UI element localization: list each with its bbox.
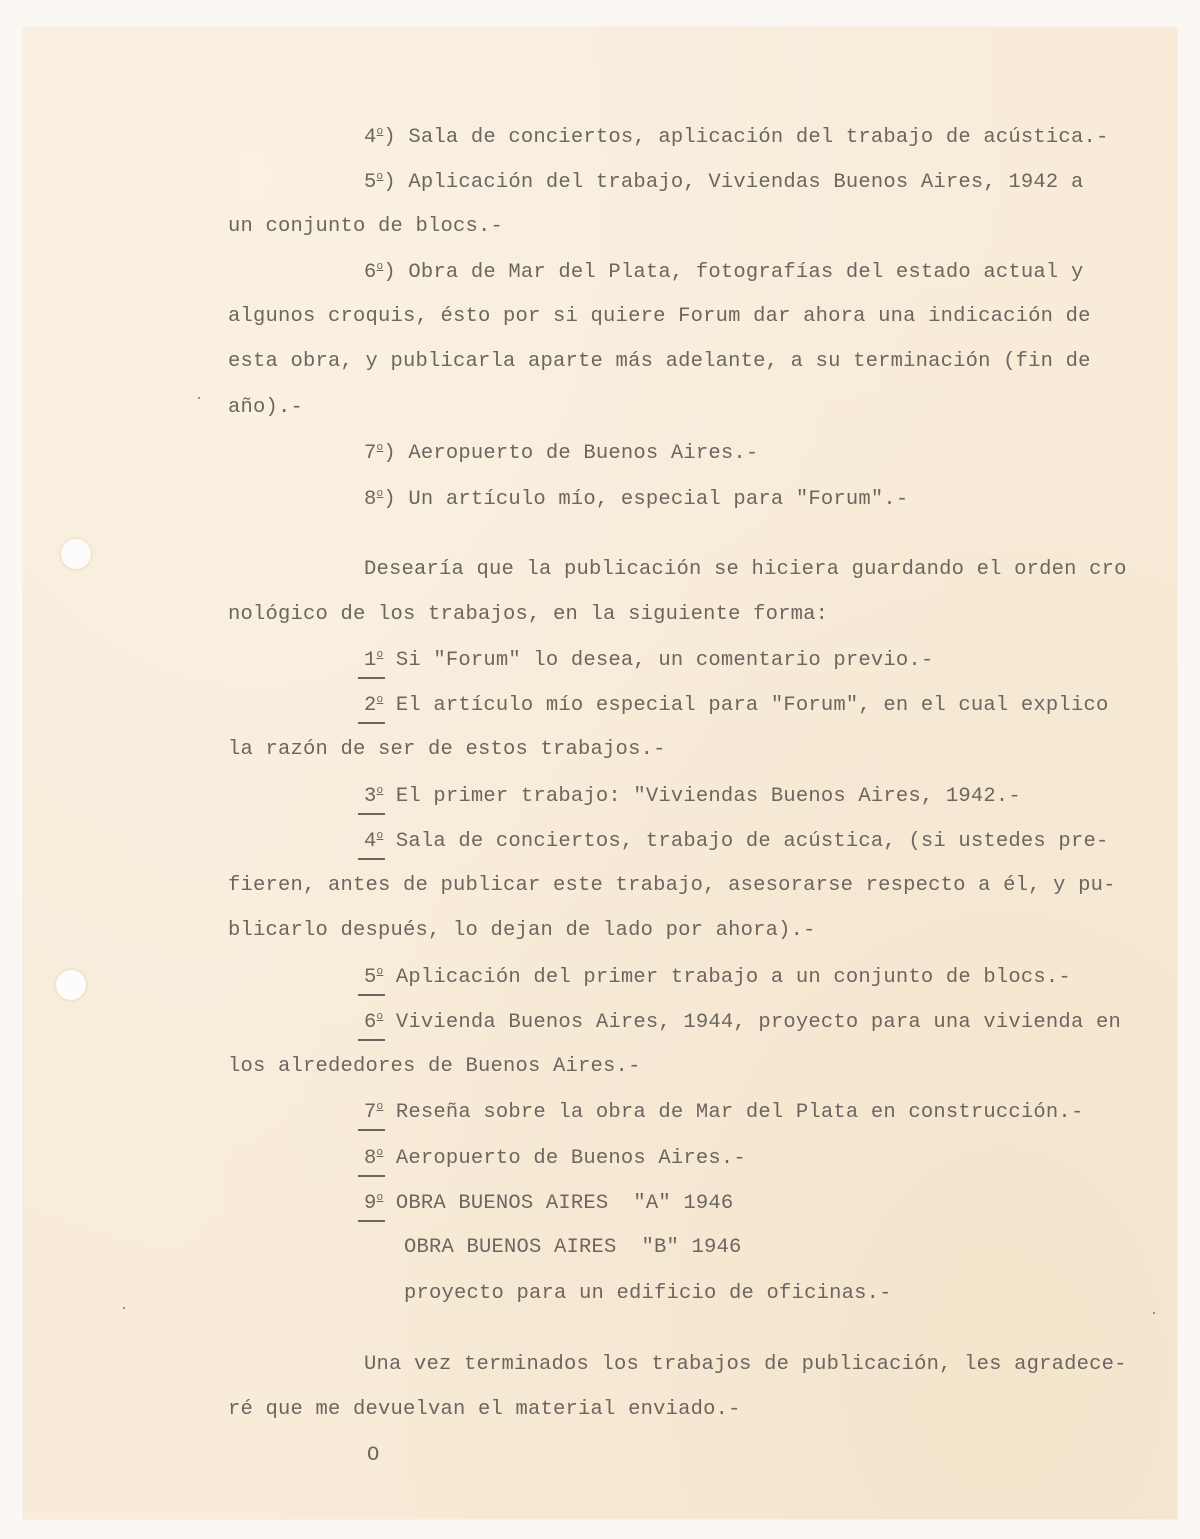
ordinal-number: 5 — [364, 171, 377, 194]
ordinal-number: 4 — [364, 830, 377, 853]
first-list-item-6-continuation-1: algunos croquis, ésto por si quiere Foru… — [228, 307, 1091, 328]
paragraph-1-line-1: Desearía que la publicación se hiciera g… — [364, 560, 1127, 581]
list-item-text: Vivienda Buenos Aires, 1944, proyecto pa… — [383, 1011, 1121, 1034]
ordinal-indicator: o — [377, 1011, 384, 1023]
ink-speck — [123, 1307, 125, 1309]
ordinal-number: 6 — [364, 261, 377, 284]
first-list-item-7: 7o) Aeropuerto de Buenos Aires.- — [364, 443, 758, 465]
ordinal-indicator: o — [377, 830, 384, 842]
ordinal-number: 3 — [364, 785, 377, 808]
ink-speck — [198, 397, 200, 399]
second-list-item-6: 6o Vivienda Buenos Aires, 1944, proyecto… — [364, 1012, 1121, 1034]
ordinal-indicator: o — [377, 785, 384, 797]
paragraph-2-line-2: ré que me devuelvan el material enviado.… — [228, 1400, 741, 1421]
list-item-text: ) Sala de conciertos, aplicación del tra… — [383, 126, 1108, 149]
ordinal-indicator: o — [377, 1192, 384, 1204]
list-item-text: ) Aeropuerto de Buenos Aires.- — [383, 442, 758, 465]
list-item-text: El primer trabajo: "Viviendas Buenos Air… — [383, 785, 1021, 808]
ordinal-underlined: 8o — [364, 1148, 383, 1170]
ordinal-underlined: 5o — [364, 967, 383, 989]
list-item-text: Si "Forum" lo desea, un comentario previ… — [383, 649, 933, 672]
second-list-item-1: 1o Si "Forum" lo desea, un comentario pr… — [364, 650, 933, 672]
list-item-text: ) Obra de Mar del Plata, fotografías del… — [383, 261, 1083, 284]
ordinal-number: 4 — [364, 126, 377, 149]
second-list-item-6-continuation: los alrededores de Buenos Aires.- — [228, 1057, 641, 1078]
first-list-item-5-continuation: un conjunto de blocs.- — [228, 217, 503, 238]
second-list-item-9-continuation-1: OBRA BUENOS AIRES "B" 1946 — [404, 1238, 742, 1259]
ordinal-indicator: o — [377, 694, 384, 706]
ordinal-number: 2 — [364, 694, 377, 717]
second-list-item-4-continuation-2: blicarlo después, lo dejan de lado por a… — [228, 921, 816, 942]
ordinal-underlined: 6o — [364, 1012, 383, 1034]
second-list-item-4: 4o Sala de conciertos, trabajo de acústi… — [364, 831, 1108, 853]
ordinal-underlined: 3o — [364, 786, 383, 808]
closing-mark: O — [367, 1446, 380, 1467]
list-item-text: Aeropuerto de Buenos Aires.- — [383, 1147, 746, 1170]
paragraph-2-line-1: Una vez terminados los trabajos de publi… — [364, 1355, 1127, 1376]
first-list-item-8: 8o) Un artículo mío, especial para "Foru… — [364, 489, 908, 511]
ordinal-underlined: 2o — [364, 695, 383, 717]
ordinal-underlined: 1o — [364, 650, 383, 672]
list-item-text: Reseña sobre la obra de Mar del Plata en… — [383, 1101, 1083, 1124]
list-item-text: El artículo mío especial para "Forum", e… — [383, 694, 1108, 717]
second-list-item-2-continuation: la razón de ser de estos trabajos.- — [228, 740, 666, 761]
ordinal-indicator: o — [377, 966, 384, 978]
list-item-text: OBRA BUENOS AIRES "A" 1946 — [383, 1192, 733, 1215]
ordinal-indicator: o — [377, 649, 384, 661]
second-list-item-8: 8o Aeropuerto de Buenos Aires.- — [364, 1148, 746, 1170]
first-list-item-4: 4o) Sala de conciertos, aplicación del t… — [364, 127, 1108, 149]
second-list-item-5: 5o Aplicación del primer trabajo a un co… — [364, 967, 1071, 989]
ordinal-number: 9 — [364, 1192, 377, 1215]
ordinal-number: 1 — [364, 649, 377, 672]
second-list-item-3: 3o El primer trabajo: "Viviendas Buenos … — [364, 786, 1021, 808]
ordinal-underlined: 9o — [364, 1193, 383, 1215]
second-list-item-4-continuation-1: fieren, antes de publicar este trabajo, … — [228, 876, 1116, 897]
list-item-text: Sala de conciertos, trabajo de acústica,… — [383, 830, 1108, 853]
ordinal-number: 8 — [364, 1147, 377, 1170]
first-list-item-6-continuation-3: año).- — [228, 398, 303, 419]
first-list-item-5: 5o) Aplicación del trabajo, Viviendas Bu… — [364, 172, 1083, 194]
ordinal-indicator: o — [377, 1101, 384, 1113]
first-list-item-6: 6o) Obra de Mar del Plata, fotografías d… — [364, 262, 1083, 284]
paragraph-1-line-2: nológico de los trabajos, en la siguient… — [228, 605, 828, 626]
second-list-item-7: 7o Reseña sobre la obra de Mar del Plata… — [364, 1102, 1083, 1124]
list-item-text: ) Un artículo mío, especial para "Forum"… — [383, 488, 908, 511]
ordinal-number: 6 — [364, 1011, 377, 1034]
ordinal-number: 5 — [364, 966, 377, 989]
ordinal-number: 7 — [364, 1101, 377, 1124]
ordinal-number: 8 — [364, 488, 377, 511]
first-list-item-6-continuation-2: esta obra, y publicarla aparte más adela… — [228, 352, 1091, 373]
punch-hole-upper — [61, 539, 91, 569]
ordinal-number: 7 — [364, 442, 377, 465]
ordinal-indicator: o — [377, 1147, 384, 1159]
ordinal-underlined: 4o — [364, 831, 383, 853]
second-list-item-9: 9o OBRA BUENOS AIRES "A" 1946 — [364, 1193, 733, 1215]
ink-speck — [1153, 1312, 1155, 1314]
ordinal-underlined: 7o — [364, 1102, 383, 1124]
second-list-item-9-continuation-2: proyecto para un edificio de oficinas.- — [404, 1284, 892, 1305]
list-item-text: Aplicación del primer trabajo a un conju… — [383, 966, 1071, 989]
second-list-item-2: 2o El artículo mío especial para "Forum"… — [364, 695, 1108, 717]
list-item-text: ) Aplicación del trabajo, Viviendas Buen… — [383, 171, 1083, 194]
punch-hole-lower — [56, 970, 86, 1000]
